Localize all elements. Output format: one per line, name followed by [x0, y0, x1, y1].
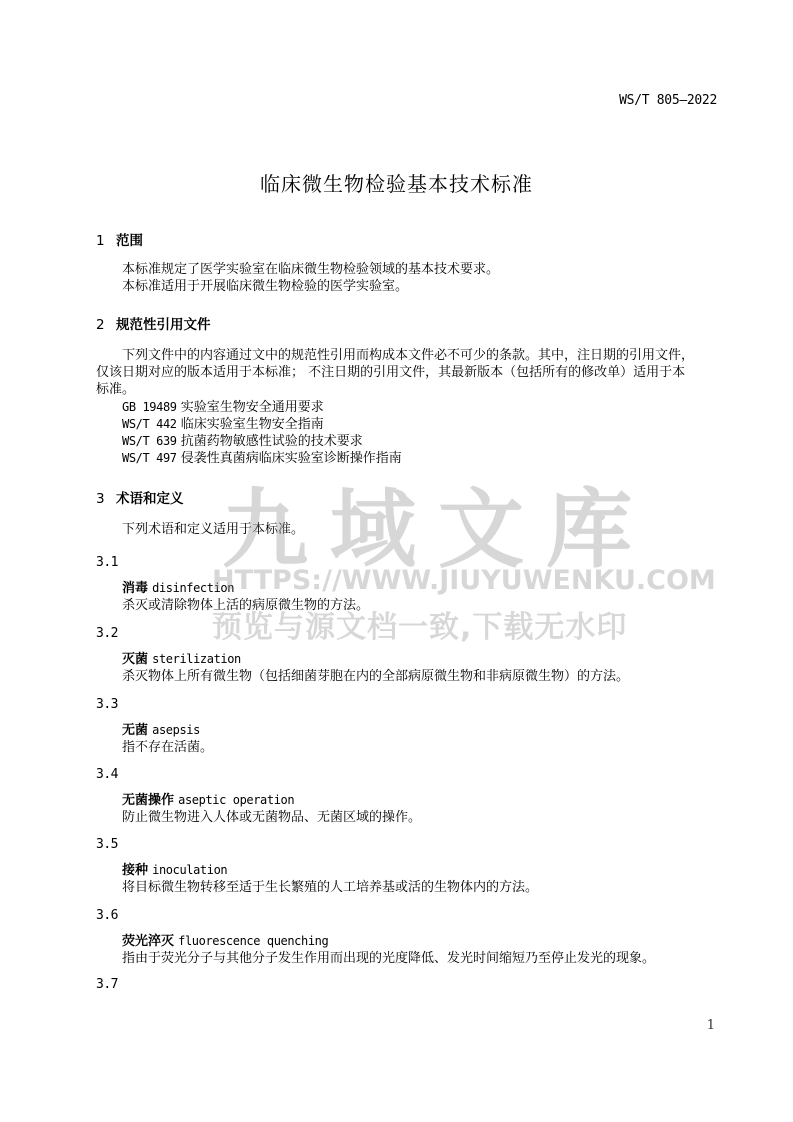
reference-code: WS/T 497 [122, 451, 177, 465]
reference-title: 侵袭性真菌病临床实验室诊断操作指南 [181, 451, 402, 466]
section-heading-terms-definitions: 3术语和定义 [96, 487, 184, 507]
section-number: 2 [96, 317, 116, 333]
reference-item: WS/T 442 临床实验室生物安全指南 [122, 416, 324, 433]
term-number: 3.5 [96, 837, 118, 852]
paragraph: 标准。 [96, 382, 135, 398]
term-definition: 将目标微生物转移至适于生长繁殖的人工培养基或活的生物体内的方法。 [122, 876, 538, 895]
term-en: asepsis [152, 723, 200, 737]
page-number: 1 [707, 1018, 715, 1033]
reference-title: 临床实验室生物安全指南 [181, 417, 324, 432]
section-heading-scope: 1范围 [96, 229, 143, 249]
paragraph: 本标准规定了医学实验室在临床微生物检验领域的基本技术要求。 [122, 262, 499, 278]
term-en: sterilization [152, 652, 241, 666]
reference-title: 实验室生物安全通用要求 [181, 400, 324, 415]
reference-title: 抗菌药物敏感性试验的技术要求 [181, 434, 363, 449]
term-definition: 杀灭或清除物体上活的病原微生物的方法。 [122, 594, 369, 613]
reference-item: GB 19489 实验室生物安全通用要求 [122, 399, 324, 416]
reference-code: WS/T 442 [122, 417, 177, 431]
term-definition: 指由于荧光分子与其他分子发生作用而出现的光度降低、发光时间缩短乃至停止发光的现象… [122, 947, 655, 966]
document-code: WS/T 805—2022 [619, 93, 717, 108]
term-definition: 指不存在活菌。 [122, 736, 213, 755]
term-definition: 防止微生物进入人体或无菌物品、无菌区域的操作。 [122, 806, 421, 825]
section-number: 1 [96, 233, 116, 249]
paragraph: 下列文件中的内容通过文中的规范性引用而构成本文件必不可少的条款。其中，注日期的引… [122, 348, 694, 364]
term-en: fluorescence quenching [178, 934, 328, 948]
reference-item: WS/T 497 侵袭性真菌病临床实验室诊断操作指南 [122, 450, 402, 467]
term-definition: 杀灭物体上所有微生物（包括细菌芽胞在内的全部病原微生物和非病原微生物）的方法。 [122, 665, 629, 684]
term-number: 3.3 [96, 697, 118, 712]
section-title: 术语和定义 [116, 491, 184, 507]
section-heading-normative-references: 2规范性引用文件 [96, 313, 211, 333]
term-number: 3.7 [96, 977, 118, 992]
term-number: 3.6 [96, 908, 118, 923]
section-title: 规范性引用文件 [116, 317, 211, 333]
reference-item: WS/T 639 抗菌药物敏感性试验的技术要求 [122, 433, 363, 450]
watermark-url: HTTPS://WWW.JIUYUWENKU.COM [212, 565, 716, 596]
term-en: inoculation [152, 863, 227, 877]
paragraph: 仅该日期对应的版本适用于本标准； 不注日期的引用文件，其最新版本（包括所有的修改… [96, 365, 685, 381]
term-number: 3.2 [96, 626, 118, 641]
section-title: 范围 [116, 233, 143, 249]
reference-code: WS/T 639 [122, 434, 177, 448]
reference-code: GB 19489 [122, 400, 177, 414]
term-number: 3.1 [96, 555, 118, 570]
paragraph: 下列术语和定义适用于本标准。 [122, 522, 304, 538]
page-title: 临床微生物检验基本技术标准 [0, 168, 793, 197]
term-en: disinfection [152, 581, 234, 595]
term-number: 3.4 [96, 767, 118, 782]
term-en: aseptic operation [178, 793, 294, 807]
section-number: 3 [96, 491, 116, 507]
paragraph: 本标准适用于开展临床微生物检验的医学实验室。 [122, 279, 408, 295]
